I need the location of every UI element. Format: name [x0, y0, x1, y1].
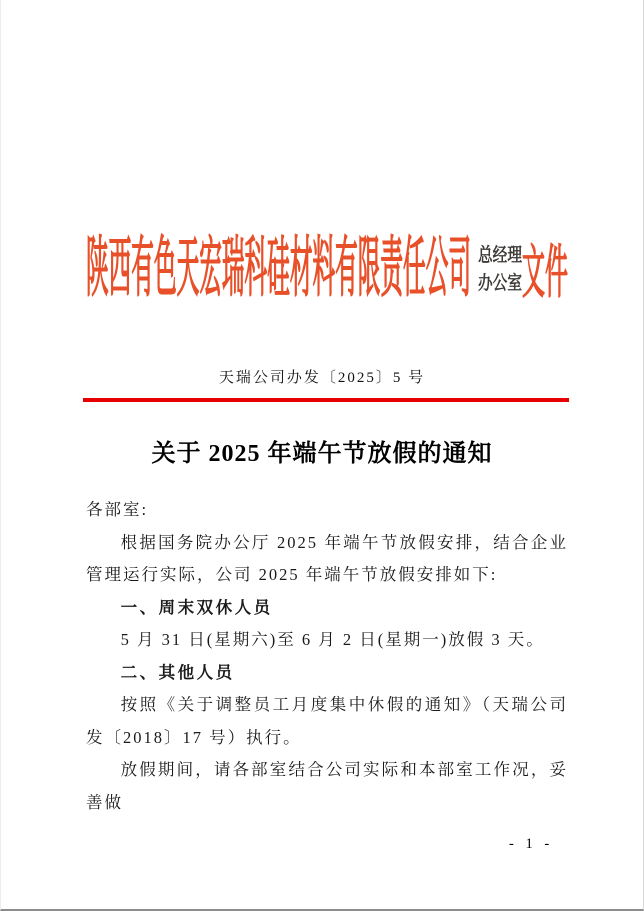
letterhead-doc-word: 文件 [522, 240, 568, 305]
page-number: - 1 - [509, 836, 553, 853]
letterhead-dept-line1: 总经理 [478, 243, 523, 266]
red-divider-line [83, 398, 569, 402]
red-letterhead: 陕西有色天宏瑞科硅材料有限责任公司 总经理 办公室 文件 [83, 228, 569, 308]
intro-paragraph: 根据国务院办公厅 2025 年端午节放假安排，结合企业管理运行实际，公司 202… [86, 527, 568, 592]
closing-paragraph: 放假期间，请各部室结合公司实际和本部室工作况，妥善做 [86, 754, 568, 819]
document-page: 陕西有色天宏瑞科硅材料有限责任公司 总经理 办公室 文件 天瑞公司办发〔2025… [0, 0, 644, 911]
document-body: 各部室: 根据国务院办公厅 2025 年端午节放假安排，结合企业管理运行实际，公… [86, 494, 568, 819]
letterhead-company-name: 陕西有色天宏瑞科硅材料有限责任公司 [86, 232, 471, 305]
document-number: 天瑞公司办发〔2025〕5 号 [1, 366, 643, 387]
letterhead-dept-line2: 办公室 [478, 271, 522, 294]
section1-text: 5 月 31 日(星期六)至 6 月 2 日(星期一)放假 3 天。 [86, 624, 568, 657]
section2-heading: 二、其他人员 [86, 657, 568, 690]
salutation: 各部室: [86, 494, 568, 527]
document-title: 关于 2025 年端午节放假的通知 [1, 433, 643, 468]
section1-heading: 一、周末双休人员 [86, 592, 568, 625]
section2-text: 按照《关于调整员工月度集中休假的通知》（天瑞公司发〔2018〕17 号）执行。 [86, 689, 568, 754]
